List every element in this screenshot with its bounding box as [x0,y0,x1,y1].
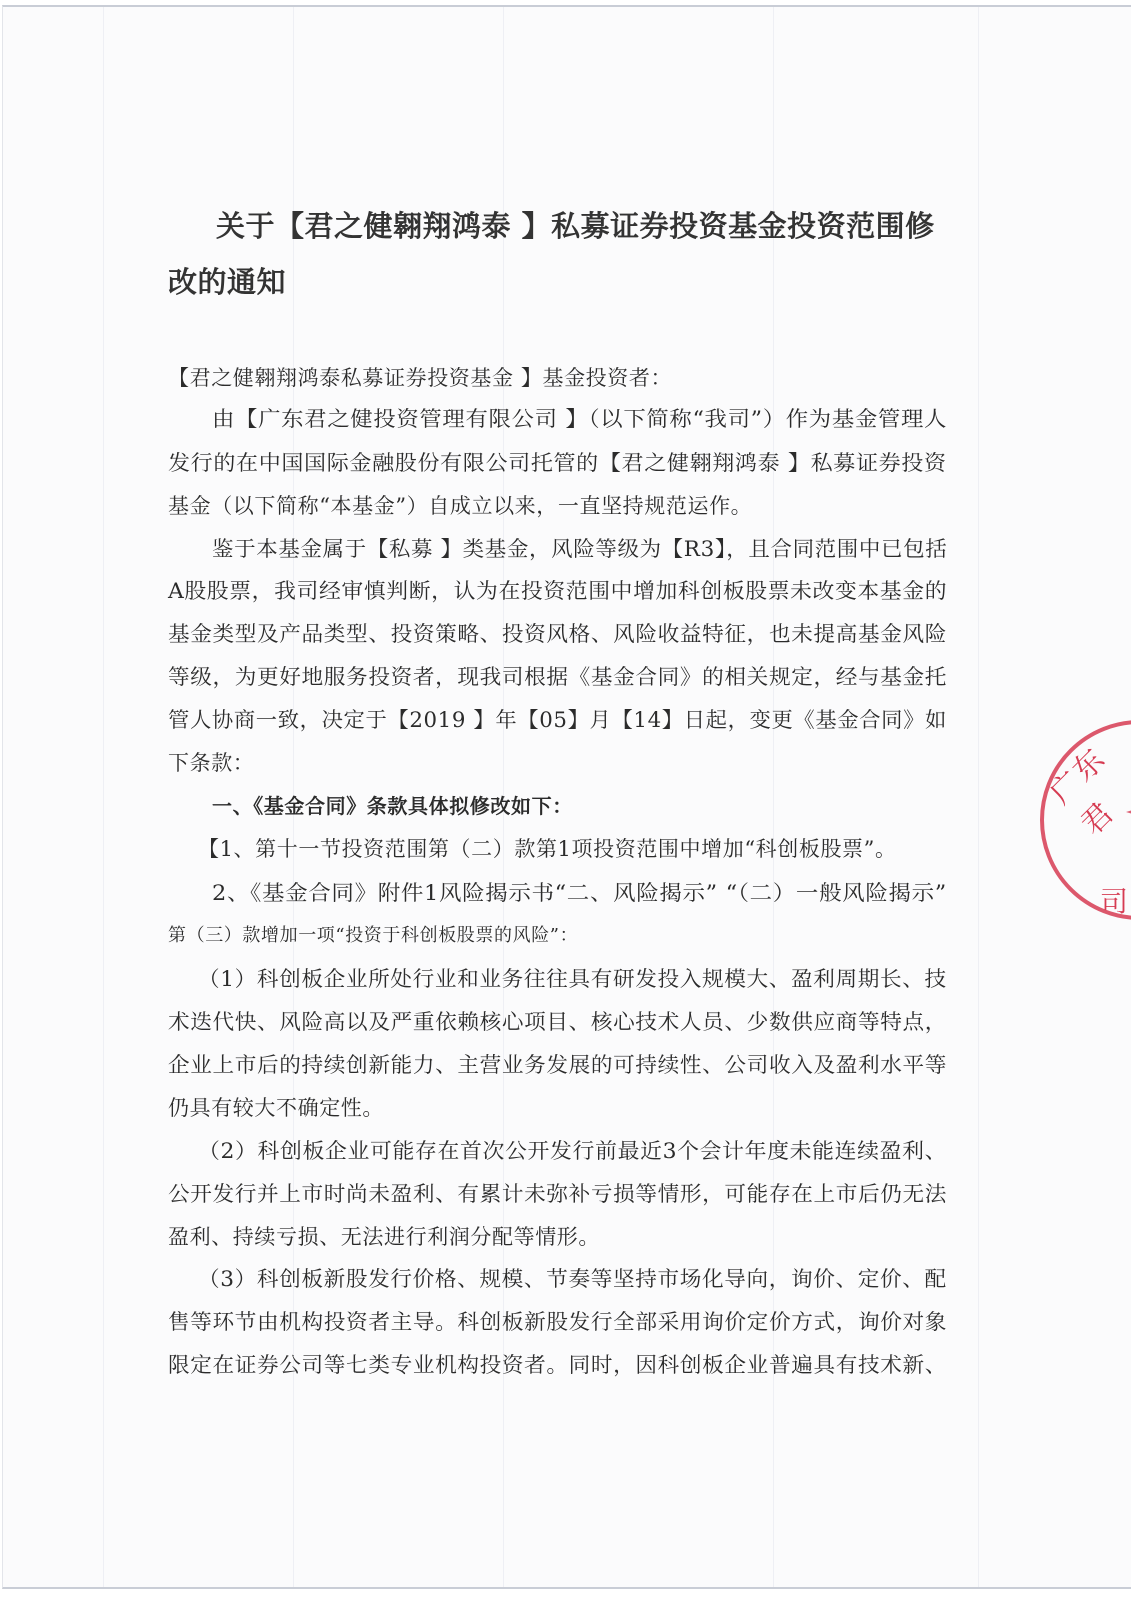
paragraph-line: 管人协商一致，决定于【2019 】年【05】月【14】日起，变更《基金合同》如 [168,706,947,734]
risk-item: （2）科创板企业可能存在首次公开发行前最近3个会计年度未能连续盈利、 [198,1137,947,1165]
salutation: 【君之健翱翔鸿泰私募证券投资基金 】基金投资者： [168,364,672,392]
risk-item: （3）科创板新股发行价格、规模、节奏等坚持市场化导向，询价、定价、配 [198,1265,947,1293]
paragraph-line: 公开发行并上市时尚未盈利、有累计未弥补亏损等情形，可能存在上市后仍无法 [168,1180,947,1208]
paragraph-line: 第（三）款增加一项“投资于科创板股票的风险”： [168,922,578,950]
paragraph-line: 鉴于本基金属于【私募 】类基金，风险等级为【R3】，且合同范围中已包括 [212,535,947,563]
paragraph-line: 基金（以下简称“本基金”）自成立以来，一直坚持规范运作。 [168,492,752,520]
risk-item: （1）科创板企业所处行业和业务往往具有研发投入规模大、盈利周期长、技 [198,965,947,993]
seal-partial-char: 司 [1100,880,1128,920]
paragraph-line: 发行的在中国国际金融股份有限公司托管的【君之健翱翔鸿泰 】私募证券投资 [168,449,947,477]
paragraph-line: 售等环节由机构投资者主导。科创板新股发行全部采用询价定价方式，询价对象 [168,1308,947,1336]
paragraph-line: 盈利、持续亏损、无法进行利润分配等情形。 [168,1223,600,1251]
paragraph-line: 基金类型及产品类型、投资策略、投资风格、风险收益特征，也未提高基金风险 [168,620,947,648]
document-title-line-1: 关于【君之健翱翔鸿泰 】私募证券投资基金投资范围修 [216,207,935,245]
paragraph-line: 企业上市后的持续创新能力、主营业务发展的可持续性、公司收入及盈利水平等 [168,1051,947,1079]
paragraph-line: 由【广东君之健投资管理有限公司 】（以下简称“我司”）作为基金管理人 [212,405,947,433]
clause-item: 【1、第十一节投资范围第（二）款第1项投资范围中增加“科创板股票”。 [198,835,897,863]
paragraph-line: 仍具有较大不确定性。 [168,1094,384,1122]
paragraph-line: A股股票，我司经审慎判断，认为在投资范围中增加科创板股票未改变本基金的 [168,577,947,605]
section-heading: 一、《基金合同》条款具体拟修改如下： [212,792,573,820]
clause-item: 2、《基金合同》附件1风险揭示书“二、风险揭示” “（二）一般风险揭示” [212,879,947,907]
paragraph-line: 等级，为更好地服务投资者，现我司根据《基金合同》的相关规定，经与基金托 [168,663,947,691]
paragraph-line: 术迭代快、风险高以及严重依赖核心项目、核心技术人员、少数供应商等特点， [168,1008,947,1036]
paragraph-line: 下条款： [168,749,254,777]
document-title-line-2: 改的通知 [168,263,286,301]
paragraph-line: 限定在证券公司等七类专业机构投资者。同时，因科创板企业普遍具有技术新、 [168,1351,947,1379]
